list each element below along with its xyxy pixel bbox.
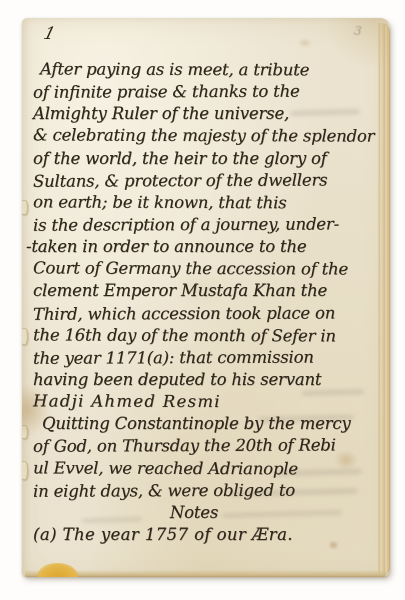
manuscript-line: of the world, the heir to the glory of <box>33 148 385 170</box>
manuscript-line: Hadji Ahmed Resmi <box>33 390 385 413</box>
photo-background: 3 1 After paying as is meet, a tribute o… <box>0 0 405 600</box>
manuscript-line: & celebrating the majesty of the splendo… <box>33 125 385 148</box>
manuscript-line: ul Evvel, we reached Adrianople <box>33 457 385 480</box>
manuscript-line: having been deputed to his servant <box>33 369 385 391</box>
binding-tear <box>22 200 28 215</box>
binding-tear <box>22 425 28 439</box>
notes-heading: Notes <box>33 502 385 524</box>
manuscript-page: 3 1 After paying as is meet, a tribute o… <box>22 18 390 577</box>
manuscript-line: the year 1171(a): that commission <box>33 346 385 370</box>
manuscript-line: in eight days, & were obliged to <box>33 479 385 503</box>
binding-tear <box>22 328 28 345</box>
manuscript-line: After paying as is meet, a tribute <box>33 58 385 81</box>
manuscript-line: is the description of a journey, under- <box>33 213 385 237</box>
manuscript-text: After paying as is meet, a tribute of in… <box>33 59 385 546</box>
manuscript-line: Court of Germany the accession of the <box>33 258 385 281</box>
manuscript-line: of God, on Thursday the 20th of Rebi <box>33 435 385 459</box>
manuscript-line: Quitting Constantinople by the mercy <box>33 413 385 435</box>
page-edge-bottom <box>25 570 386 577</box>
manuscript-line: Almighty Ruler of the universe, <box>33 103 385 125</box>
footnote: (a) The year 1757 of our Æra. <box>33 524 385 546</box>
manuscript-line: of infinite praise & thanks to the <box>33 80 385 104</box>
manuscript-line: the 16th day of the month of Sefer in <box>33 324 385 347</box>
brown-stain <box>298 38 312 48</box>
manuscript-line: on earth; be it known, that this <box>33 191 385 214</box>
manuscript-line: Third, which accession took place on <box>33 302 385 326</box>
manuscript-line: clement Emperor Mustafa Khan the <box>33 280 385 302</box>
binding-tear <box>22 461 28 480</box>
manuscript-line: -taken in order to announce to the <box>26 236 385 258</box>
page-number: 1 <box>42 24 58 44</box>
manuscript-line: Sultans, & protector of the dwellers <box>33 169 385 193</box>
ghost-page-number: 3 <box>353 24 362 39</box>
